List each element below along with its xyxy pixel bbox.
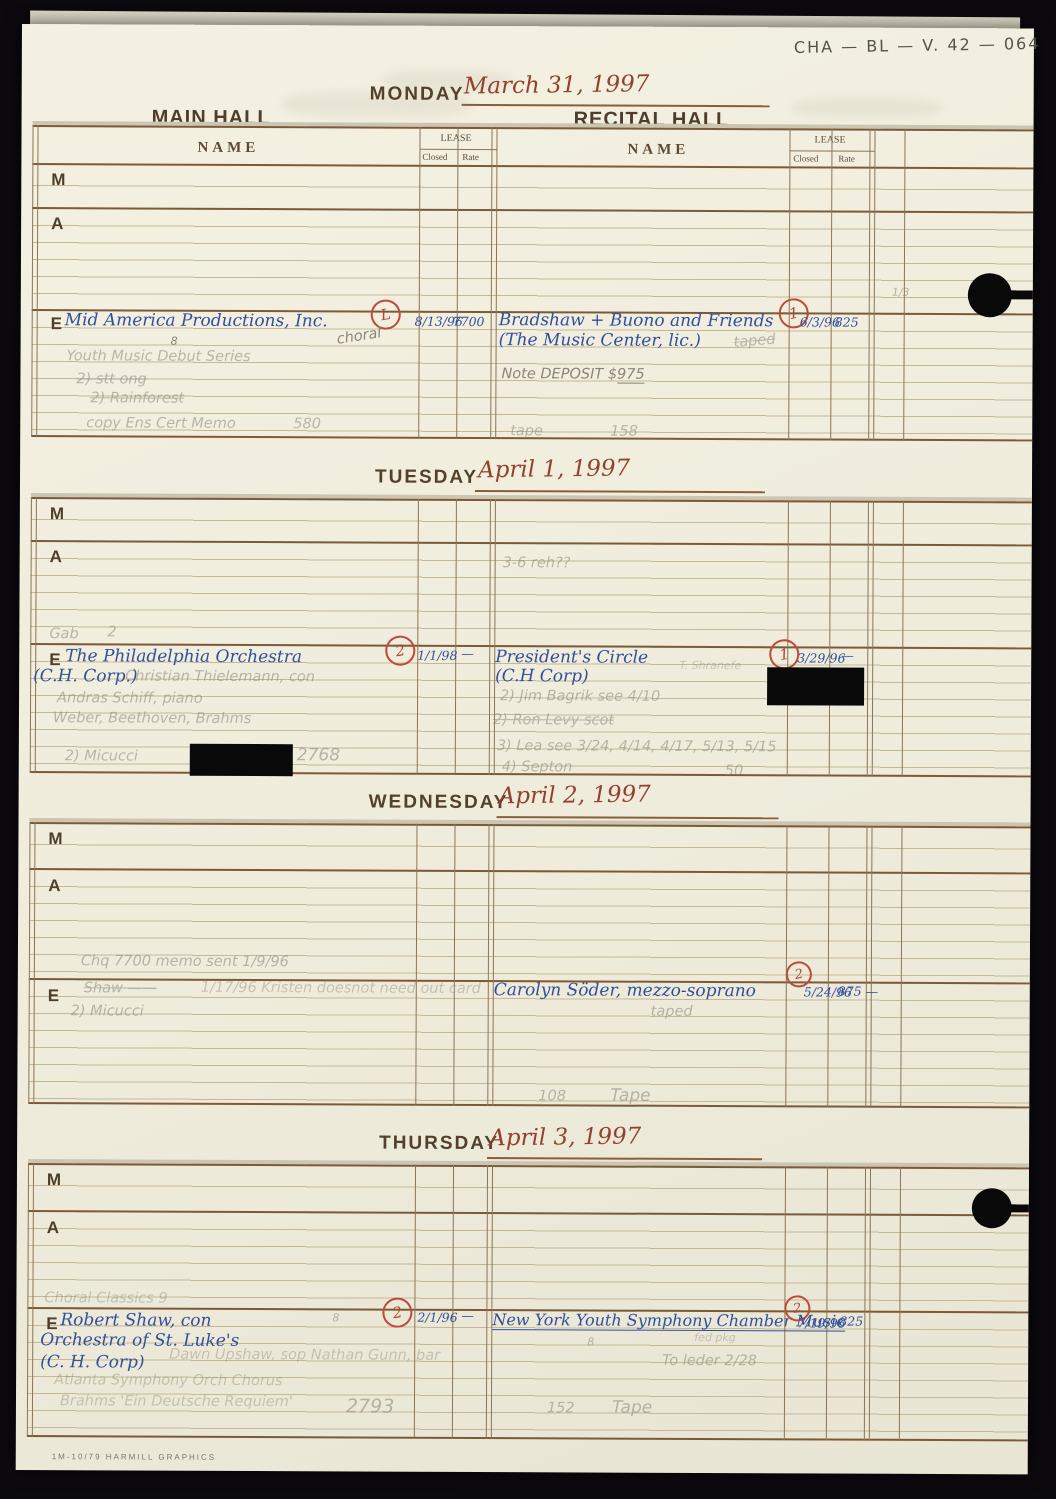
scanned-ledger-screenshot: { "page": { "catalog_code": "CHA — BL — …: [0, 0, 1056, 1499]
wednesday-main-struck-note: Shaw ——: [84, 980, 157, 996]
row-label-morning: M: [48, 829, 63, 849]
thursday-main-presenter-1: Robert Shaw, con: [60, 1310, 211, 1331]
monday-recital-tape-label: tape: [510, 423, 543, 439]
thursday-main-note-3: Brahms 'Ein Deutsche Requiem': [60, 1393, 293, 1410]
row-label-morning: M: [47, 1170, 62, 1190]
monday-main-note-2: 2) stt ong: [76, 371, 146, 387]
tuesday-main-pre-label: Gab: [49, 626, 78, 642]
thursday-main-number: 2793: [346, 1395, 394, 1417]
thursday-main-pre-note: Choral Classics 9: [44, 1290, 167, 1307]
tuesday-column-lines: [30, 497, 1032, 777]
tuesday-recital-note-3: 3) Lea see 3/24, 4/14, 4/17, 5/13, 5/15: [497, 738, 777, 755]
tuesday-main-lease-rate: —: [461, 646, 474, 661]
row-label-afternoon: A: [51, 214, 64, 234]
wednesday-main-pre-note: Chq 7700 memo sent 1/9/96: [81, 953, 289, 970]
catalog-code: CHA — BL — V. 42 — 064: [794, 34, 1041, 57]
tuesday-main-presenter-2: (C.H. Corp.): [33, 666, 137, 686]
monday-main-mark: 8: [171, 335, 178, 348]
row-label-morning: M: [50, 504, 65, 524]
monday-main-lease-rate: 7700: [453, 314, 485, 329]
printer-imprint: 1M-10/79 HARMILL GRAPHICS: [52, 1452, 216, 1462]
redaction-box: [190, 744, 293, 776]
tuesday-main-note-3: Weber, Beethoven, Brahms: [53, 710, 251, 727]
redaction-box: [767, 667, 864, 705]
row-label-evening: E: [51, 314, 63, 334]
wednesday-recital-tape-label: Tape: [610, 1086, 650, 1106]
date-underline: [487, 1157, 762, 1160]
thursday-main-note-2: Atlanta Symphony Orch Chorus: [54, 1372, 283, 1389]
day-date-tuesday: April 1, 1997: [478, 455, 630, 483]
tuesday-recital-lease-closed: 3/29/96: [797, 650, 845, 665]
tuesday-main-number: 2768: [297, 745, 340, 765]
date-underline: [497, 816, 779, 819]
wednesday-recital-presenter: Carolyn Söder, mezzo-soprano: [494, 980, 756, 1001]
day-date-thursday: April 3, 1997: [489, 1123, 641, 1151]
date-underline: [475, 490, 765, 493]
day-label-tuesday: TUESDAY: [375, 467, 478, 489]
tuesday-recital-lease-rate: —: [841, 648, 854, 663]
monday-recital-presenter-2: (The Music Center, lic.): [499, 330, 701, 351]
thursday-main-lease-rate: —: [461, 1308, 474, 1323]
thursday-recital-faint-note-2: To leder 2/28: [662, 1353, 757, 1369]
deposit-note-text: Note DEPOSIT $: [501, 366, 617, 383]
thursday-recital-faint-note-1: fed pkg: [694, 1331, 736, 1344]
tuesday-main-note-2: Andras Schiff, piano: [57, 690, 203, 707]
wednesday-recital-tape-number: 108: [538, 1088, 566, 1104]
tuesday-recital-note-1: 2) Jim Bagrik see 4/10: [500, 688, 660, 705]
hole-punch-notch: [1006, 290, 1033, 299]
row-label-afternoon: A: [48, 876, 61, 896]
wednesday-recital-taped-note: taped: [651, 1004, 693, 1020]
row-label-evening: E: [48, 986, 60, 1006]
thursday-main-note-1: Dawn Upshaw, sop Nathan Gunn, bar: [169, 1347, 440, 1364]
tuesday-recital-presenter-2: (C.H Corp): [495, 666, 589, 686]
day-label-wednesday: WEDNESDAY: [369, 792, 509, 815]
day-date-monday: March 31, 1997: [464, 71, 650, 99]
tuesday-main-lease-closed: 1/1/98: [417, 648, 457, 663]
hole-punch-notch: [1005, 1204, 1029, 1212]
tuesday-recital-afternoon-note: 3-6 reh??: [503, 555, 571, 571]
wednesday-main-note-1: 1/17/96 Kristen doesnot need out card: [201, 980, 481, 997]
thursday-recital-tape-number: 152: [547, 1400, 575, 1416]
ledger-page: CHA — BL — V. 42 — 064 MONDAY March 31, …: [16, 24, 1034, 1474]
monday-recital-presenter-1: Bradshaw + Buono and Friends: [499, 310, 774, 331]
tuesday-recital-faint-note: T. Shranefe: [679, 659, 741, 672]
bleed-through-smudge: [792, 97, 942, 118]
monday-main-note-3: 2) Rainforest: [90, 390, 184, 406]
monday-main-number: 580: [293, 416, 321, 432]
monday-recital-deposit-note: Note DEPOSIT $975: [501, 365, 644, 384]
monday-recital-lease-rate: 825: [835, 315, 859, 330]
row-label-afternoon: A: [47, 1218, 60, 1238]
day-label-thursday: THURSDAY: [379, 1133, 499, 1156]
monday-recital-margin-mark: 1/3: [892, 286, 910, 299]
row-label-afternoon: A: [50, 547, 63, 567]
tuesday-main-note-1: Christian Thielemann, con: [125, 668, 315, 685]
thursday-main-lease-closed: 2/1/96: [417, 1310, 457, 1325]
tuesday-main-presenter-1: The Philadelphia Orchestra: [65, 646, 302, 667]
tuesday-recital-presenter-1: President's Circle: [495, 647, 648, 668]
monday-main-presenter: Mid America Productions, Inc.: [65, 310, 328, 331]
tuesday-main-bottom-label: 2) Micucci: [65, 748, 138, 764]
monday-main-note-1: Youth Music Debut Series: [67, 348, 251, 365]
day-date-wednesday: April 2, 1997: [498, 781, 650, 809]
wednesday-recital-lease-rate: 875 —: [838, 984, 878, 999]
day-label-monday: MONDAY: [370, 84, 465, 106]
tuesday-recital-note-2: 2) Ron Levy scot: [493, 712, 614, 729]
thursday-main-presenter-3: (C. H. Corp): [40, 1352, 144, 1372]
thursday-recital-tape-label: Tape: [612, 1398, 652, 1418]
thursday-recital-lease-rate: 825: [839, 1314, 863, 1329]
tuesday-recital-note-4: 4) Septon: [502, 759, 573, 775]
tuesday-recital-number: 50: [725, 763, 744, 779]
monday-main-note-4: copy Ens Cert Memo: [86, 415, 236, 432]
row-label-morning: M: [51, 170, 66, 190]
date-underline: [462, 104, 770, 107]
tuesday-main-pre-number: 2: [107, 624, 116, 640]
thursday-main-mark: 8: [332, 1311, 339, 1324]
deposit-note-amount: 975: [617, 367, 645, 384]
monday-recital-tape-number: 158: [610, 424, 638, 440]
thursday-recital-mark: 8: [587, 1335, 594, 1348]
wednesday-main-note-2: 2) Micucci: [71, 1003, 144, 1019]
